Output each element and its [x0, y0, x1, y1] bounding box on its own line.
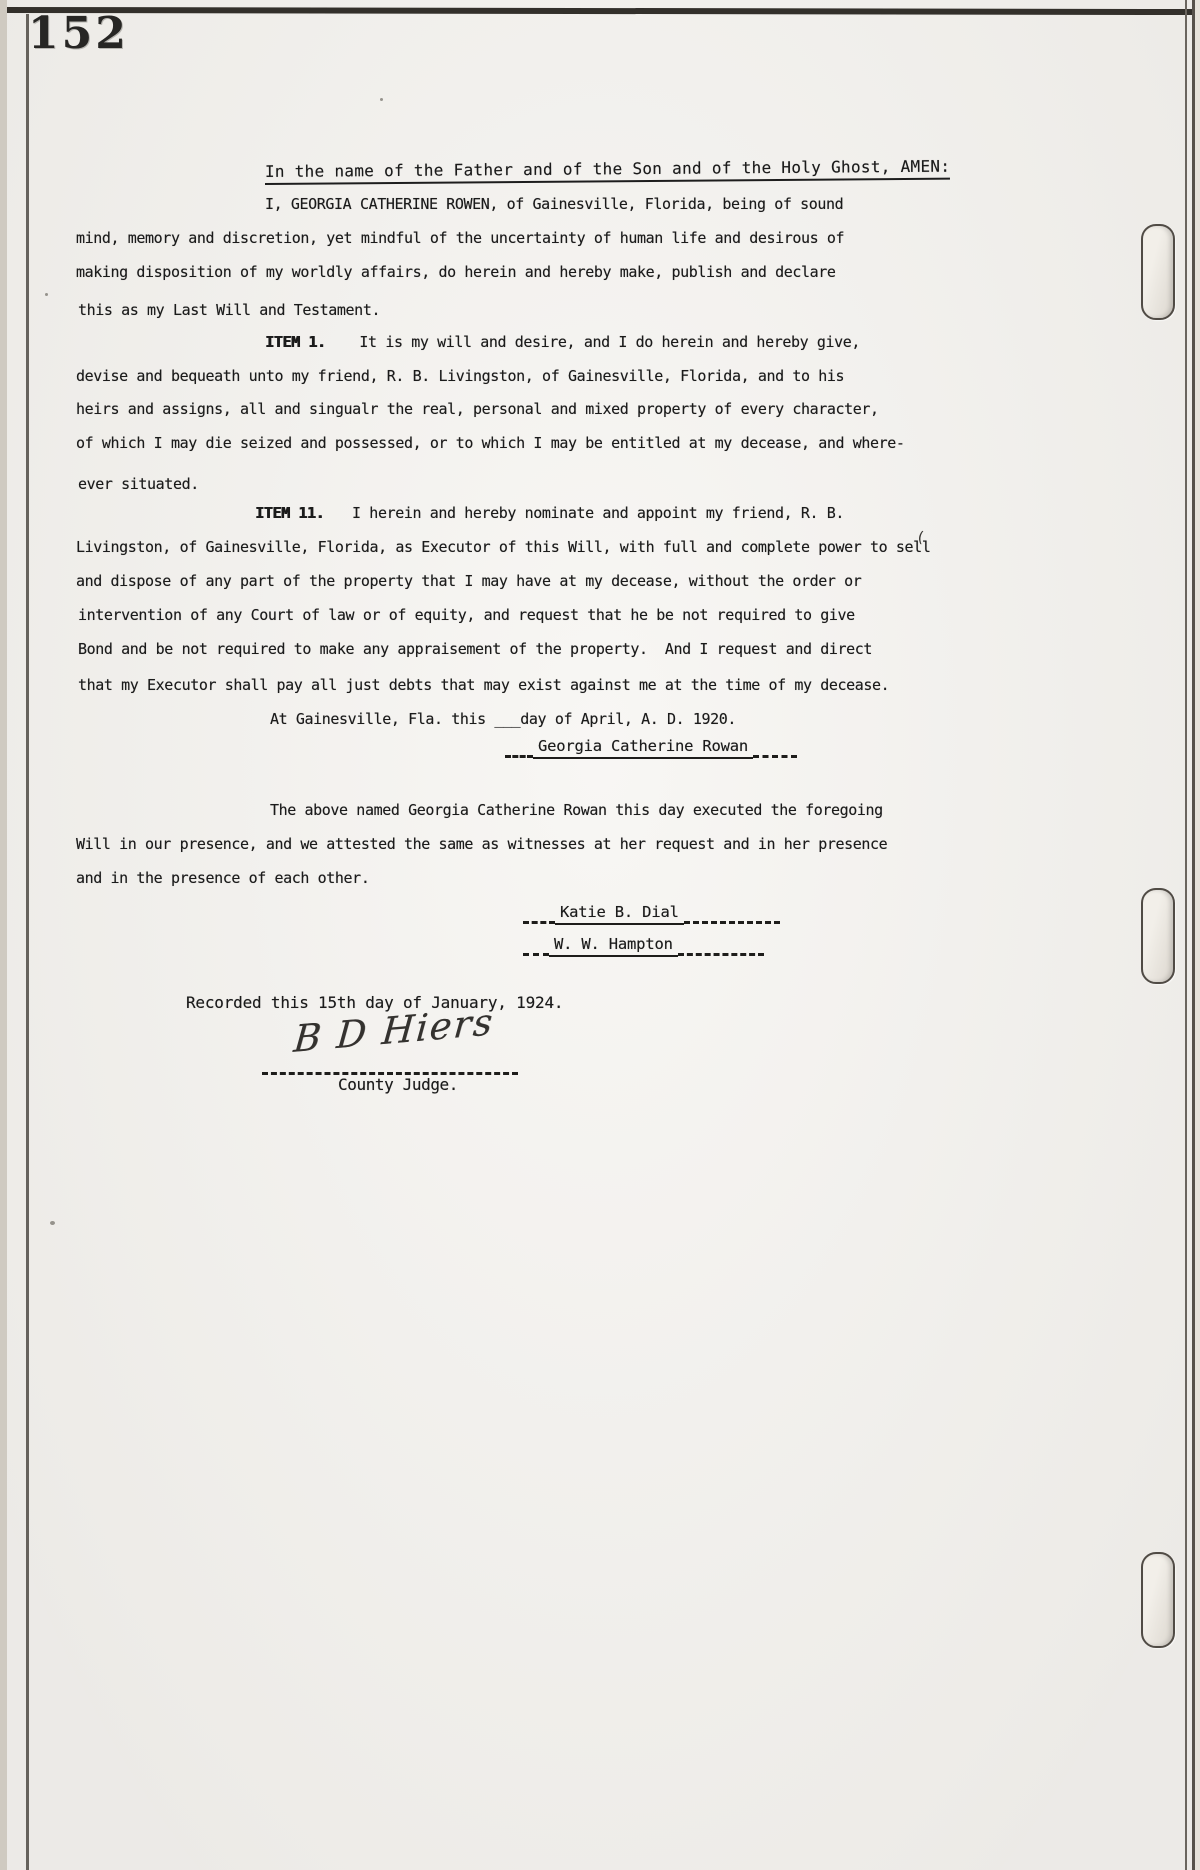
signature-dash-lead [523, 919, 555, 924]
binder-slot-top [1141, 224, 1175, 320]
text-line: The above named Georgia Catherine Rowan … [270, 802, 883, 819]
signature-dash-trail [684, 919, 780, 924]
dateline: At Gainesville, Fla. this ___day of Apri… [270, 711, 736, 728]
signature-dash-lead [505, 753, 533, 758]
testator-signature-row: Georgia Catherine Rowan [505, 737, 797, 759]
text-line: Livingston, of Gainesville, Florida, as … [76, 539, 930, 556]
item-11-text: I herein and hereby nominate and appoint… [352, 504, 844, 522]
scan-top-border [0, 7, 1200, 15]
text-line: making disposition of my worldly affairs… [76, 264, 836, 281]
scan-left-border [26, 14, 29, 1870]
text-line: mind, memory and discretion, yet mindful… [76, 230, 844, 247]
item-1-line: ITEM 1.It is my will and desire, and I d… [265, 334, 860, 351]
witness-signature-row: W. W. Hampton [523, 935, 764, 957]
item-1-label: ITEM 1. [265, 333, 325, 351]
item-1-text: It is my will and desire, and I do herei… [359, 333, 860, 351]
text-line: Bond and be not required to make any app… [78, 641, 872, 658]
scan-left-shade [0, 0, 7, 1870]
scan-speck [380, 98, 383, 101]
county-judge-title: County Judge. [338, 1076, 458, 1094]
signature-dash-trail [678, 951, 764, 956]
text-line: ever situated. [78, 476, 199, 493]
text-line: that my Executor shall pay all just debt… [78, 677, 889, 694]
item-11-line: ITEM 11.I herein and hereby nominate and… [255, 505, 844, 522]
text-line: of which I may die seized and possessed,… [76, 435, 905, 452]
scan-speck [50, 1221, 55, 1225]
will-document-page: 152 In the name of the Father and of the… [0, 0, 1200, 1870]
item-11-label: ITEM 11. [255, 504, 324, 522]
text-line: and dispose of any part of the property … [76, 573, 861, 590]
text-line: I, GEORGIA CATHERINE ROWEN, of Gainesvil… [265, 196, 843, 213]
text-line: devise and bequeath unto my friend, R. B… [76, 368, 844, 385]
text-line: Will in our presence, and we attested th… [76, 836, 887, 853]
text-line: and in the presence of each other. [76, 870, 369, 887]
invocation-heading: In the name of the Father and of the Son… [265, 158, 951, 185]
scan-speck [45, 293, 48, 296]
text-line: intervention of any Court of law or of e… [78, 607, 855, 624]
signature-dash-lead [523, 951, 549, 956]
text-line: this as my Last Will and Testament. [78, 302, 380, 319]
witness-signature-row: Katie B. Dial [523, 903, 780, 925]
scan-right-border-outer [1192, 0, 1195, 1870]
testator-signature: Georgia Catherine Rowan [533, 737, 753, 759]
witness-2-signature: W. W. Hampton [549, 935, 678, 957]
signature-dash-trail [753, 753, 797, 758]
witness-1-signature: Katie B. Dial [555, 903, 684, 925]
binder-slot-middle [1141, 888, 1175, 984]
scan-right-shade [1195, 0, 1200, 1870]
recorded-line: Recorded this 15th day of January, 1924. [186, 994, 563, 1012]
page-number: 152 [28, 8, 129, 59]
binder-slot-bottom [1141, 1552, 1175, 1648]
scan-right-border-inner [1185, 0, 1187, 1870]
text-line: heirs and assigns, all and singualr the … [76, 401, 879, 418]
